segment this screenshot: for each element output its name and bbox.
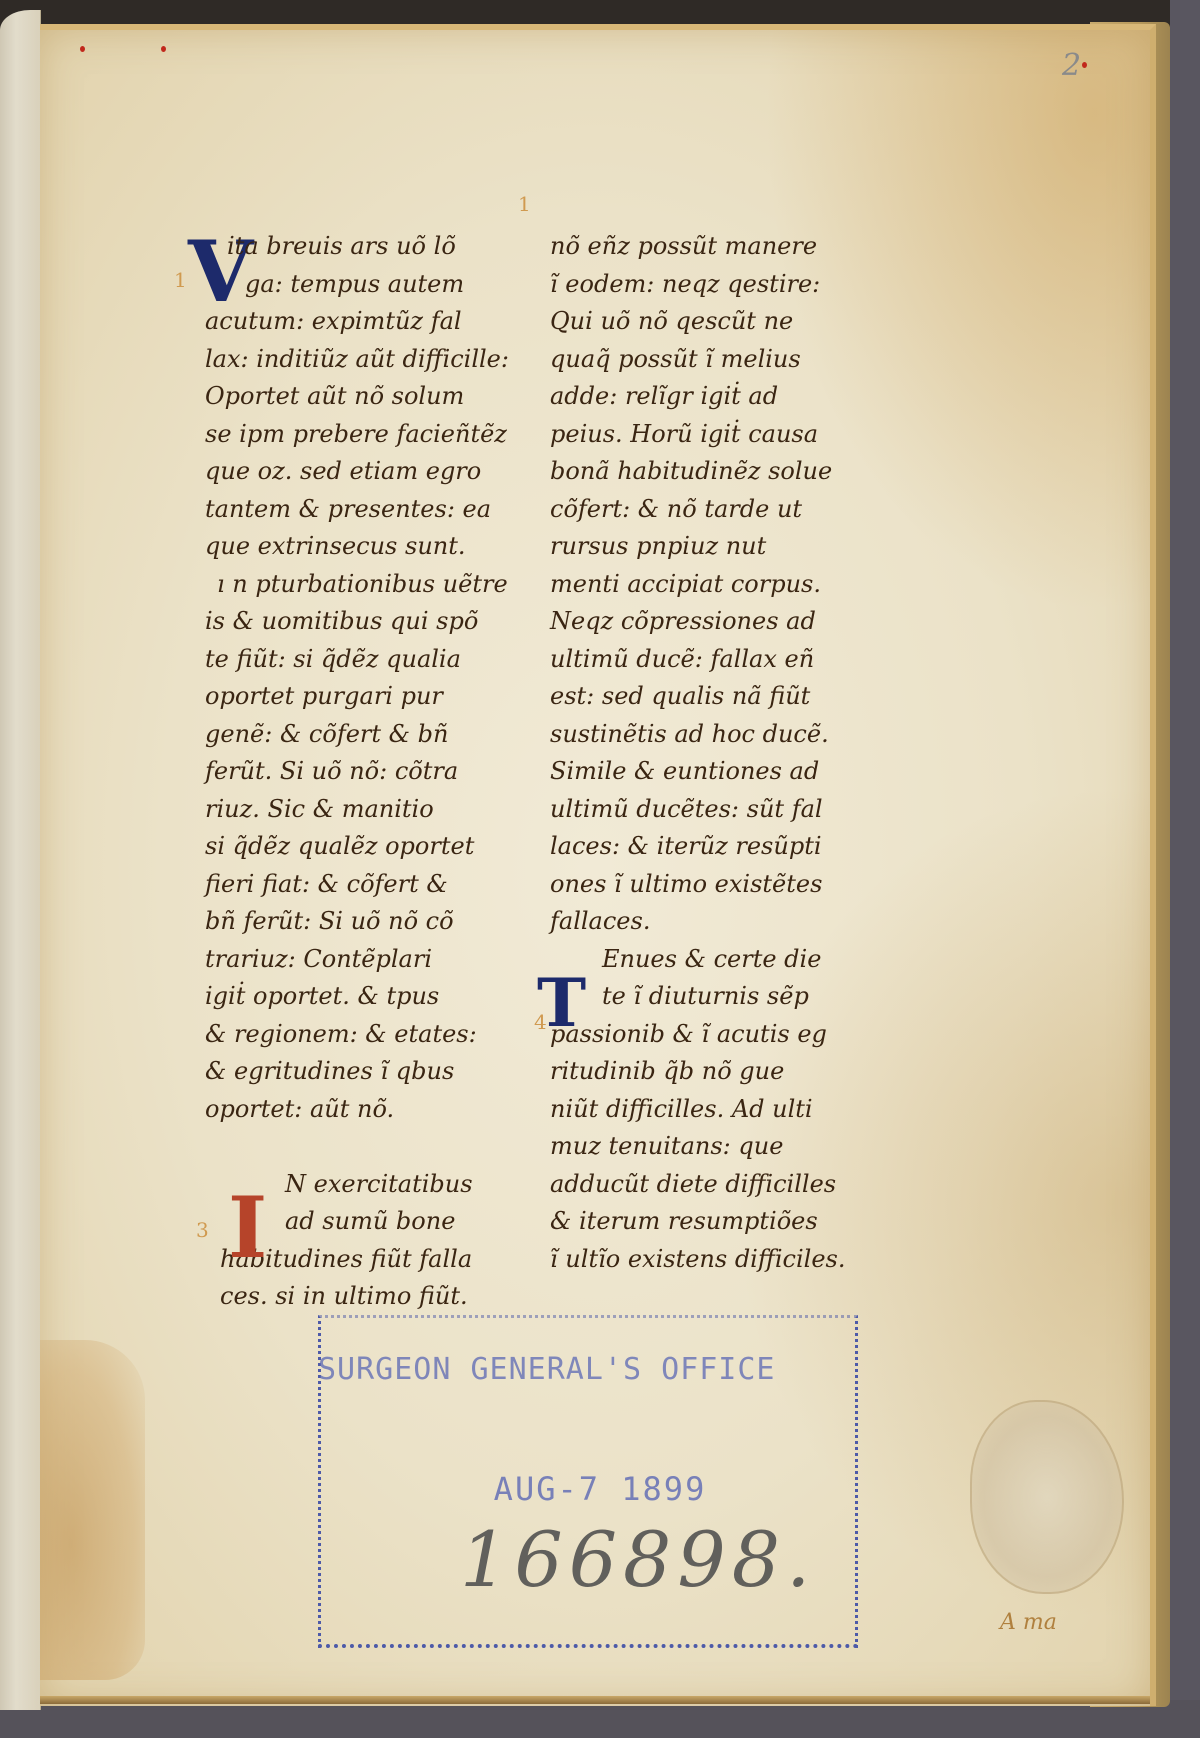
text-line: ita breuis ars uõ lõ: [205, 228, 509, 266]
text-line: laces: & iterũz resũpti: [550, 828, 845, 866]
text-line: is & uomitibus qui spõ: [205, 603, 509, 641]
section-number: 4: [534, 1010, 547, 1034]
folio-number: 2: [1062, 48, 1081, 83]
text-line: quaq̃ possũt ĩ melius: [550, 341, 845, 379]
facing-leaf-edge: [0, 10, 41, 1710]
red-ink-dot: [161, 46, 166, 52]
spacer: [205, 1128, 509, 1166]
text-line: oportet purgari pur: [205, 678, 509, 716]
text-line: passionib & ĩ acutis eg: [550, 1016, 845, 1054]
text-line: sustinẽtis ad hoc ducẽ.: [550, 716, 845, 754]
text-line: tantem & presentes: ea: [205, 491, 509, 529]
text-line: bñ ferũt: Si uõ nõ cõ: [205, 903, 509, 941]
text-line: rursus pnpiuz nut: [550, 528, 845, 566]
text-line: te ĩ diuturnis sẽp: [550, 978, 845, 1016]
text-line: adducũt diete difficilles: [550, 1166, 845, 1204]
text-line: nõ eñz possũt manere: [550, 228, 845, 266]
text-line: ferũt. Si uõ nõ: cõtra: [205, 753, 509, 791]
text-line: bonã habitudinẽz solue: [550, 453, 845, 491]
text-line: que oz. sed etiam egro: [205, 453, 509, 491]
text-line: adde: relĩgr igiṫ ad: [550, 378, 845, 416]
text-line: trariuz: Contẽplari: [205, 941, 509, 979]
text-line: Simile & euntiones ad: [550, 753, 845, 791]
backdrop-right: [1170, 0, 1200, 1738]
text-line: & iterum resumptiões: [550, 1203, 845, 1241]
section-number: 1: [174, 268, 187, 292]
text-line: ĩ ultĩo existens difficiles.: [550, 1241, 845, 1279]
paper-repair-patch: [970, 1400, 1124, 1594]
water-stain: [40, 1340, 145, 1680]
text-line: ritudinib q̃b nõ gue: [550, 1053, 845, 1091]
page-bottom-edge: [40, 1696, 1150, 1704]
text-line: ı n pturbationibus uẽtre: [205, 566, 509, 604]
text-line: peius. Horũ igiṫ causa: [550, 416, 845, 454]
stamp-text: SURGEON GENERAL'S OFFICE: [318, 1352, 858, 1387]
red-ink-dot: [80, 46, 85, 52]
text-line: te fiũt: si q̃dẽz qualia: [205, 641, 509, 679]
marginal-note: A ma: [1000, 1610, 1057, 1635]
text-line: oportet: aũt nõ.: [205, 1091, 509, 1129]
text-line: que extrinsecus sunt.: [205, 528, 509, 566]
text-line: ultimũ ducẽtes: sũt fal: [550, 791, 845, 829]
text-line: ces. si in ultimo fiũt.: [205, 1278, 509, 1316]
decorated-initial-i: I: [228, 1186, 267, 1270]
text-line: fieri fiat: & cõfert &: [205, 866, 509, 904]
text-line: & regionem: & etates:: [205, 1016, 509, 1054]
text-line: ĩ eodem: neqz qestire:: [550, 266, 845, 304]
text-line: & egritudines ĩ qbus: [205, 1053, 509, 1091]
text-line: Qui uõ nõ qescũt ne: [550, 303, 845, 341]
text-line: cõfert: & nõ tarde ut: [550, 491, 845, 529]
text-line: riuz. Sic & manitio: [205, 791, 509, 829]
text-line: ga: tempus autem: [205, 266, 509, 304]
text-line: Oportet aũt nõ solum: [205, 378, 509, 416]
text-column-left: ita breuis ars uõ lõ ga: tempus autem ac…: [205, 228, 509, 1316]
text-line: se ipm prebere facieñtẽz: [205, 416, 509, 454]
text-line: genẽ: & cõfert & bñ: [205, 716, 509, 754]
stamp-date: AUG-7 1899: [450, 1470, 750, 1508]
text-column-right: nõ eñz possũt manere ĩ eodem: neqz qesti…: [550, 228, 845, 1278]
text-line: est: sed qualis nã fiũt: [550, 678, 845, 716]
text-line: Neqz cõpressiones ad: [550, 603, 845, 641]
text-line: niũt difficilles. Ad ulti: [550, 1091, 845, 1129]
text-line: muz tenuitans: que: [550, 1128, 845, 1166]
accession-number: 166898.: [460, 1515, 816, 1604]
section-number: 3: [196, 1218, 209, 1242]
text-line: lax: inditiũz aũt difficille:: [205, 341, 509, 379]
red-ink-dot: [1082, 62, 1087, 68]
text-line: menti accipiat corpus.: [550, 566, 845, 604]
text-line: igiṫ oportet. & tpus: [205, 978, 509, 1016]
text-line: si q̃dẽz qualẽz oportet: [205, 828, 509, 866]
text-line: fallaces.: [550, 903, 845, 941]
text-line: Enues & certe die: [550, 941, 845, 979]
text-line: acutum: expimtũz fal: [205, 303, 509, 341]
section-number: 1: [518, 192, 531, 216]
text-line: ultimũ ducẽ: fallax eñ: [550, 641, 845, 679]
text-line: ones ĩ ultimo existẽtes: [550, 866, 845, 904]
